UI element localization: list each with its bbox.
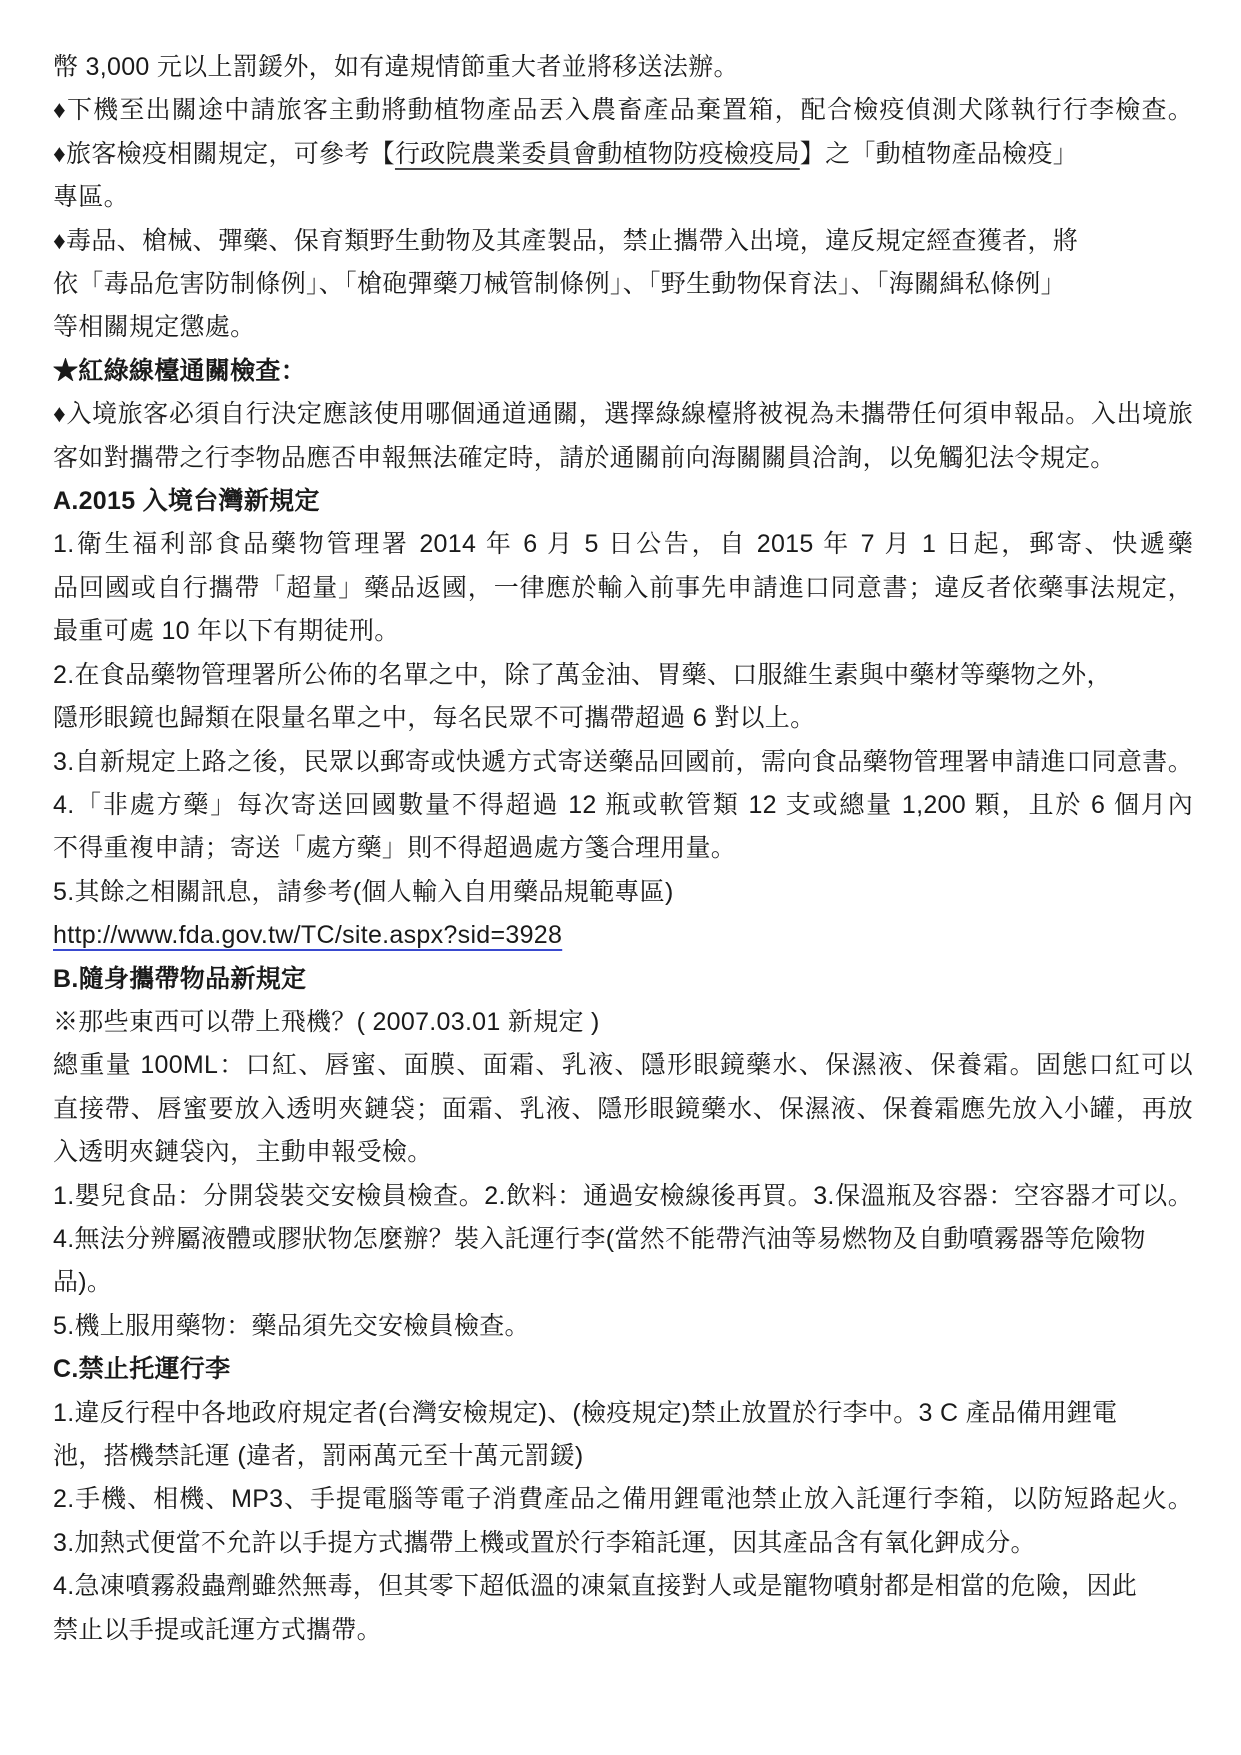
document-line: 5.機上服用藥物：藥品須先交安檢員檢查。 — [53, 1305, 1193, 1348]
document-line: 池，搭機禁託運 (違者，罰兩萬元至十萬元罰鍰) — [53, 1435, 1193, 1478]
section-heading: B.隨身攜帶物品新規定 — [53, 958, 1193, 1001]
section-heading: ★紅綠線檯通關檢查： — [53, 350, 1193, 393]
text-segment: 】之「動植物產品檢疫」 — [800, 140, 1078, 168]
document-line: 隱形眼鏡也歸類在限量名單之中，每名民眾不可攜帶超過 6 對以上。 — [53, 697, 1193, 740]
document-line: ♦入境旅客必須自行決定應該使用哪個通道通關，選擇綠線檯將被視為未攜帶任何須申報品… — [53, 393, 1193, 436]
line-quarantine-reference: ♦旅客檢疫相關規定，可參考【行政院農業委員會動植物防疫檢疫局】之「動植物產品檢疫… — [53, 133, 1193, 176]
document-line: 4.「非處方藥」每次寄送回國數量不得超過 12 瓶或軟管類 12 支或總量 1,… — [53, 784, 1193, 827]
document-line: 入透明夾鏈袋內，主動申報受檢。 — [53, 1131, 1193, 1174]
document-line: 5.其餘之相關訊息，請參考(個人輸入自用藥品規範專區) — [53, 871, 1193, 914]
document-line: http://www.fda.gov.tw/TC/site.aspx?sid=3… — [53, 914, 1193, 957]
document-line: 等相關規定懲處。 — [53, 306, 1193, 349]
document-line: 客如對攜帶之行李物品應否申報無法確定時，請於通關前向海關關員洽詢，以免觸犯法令規… — [53, 437, 1193, 480]
document-line: 2.在食品藥物管理署所公佈的名單之中，除了萬金油、胃藥、口服維生素與中藥材等藥物… — [53, 654, 1193, 697]
document-line: 3.自新規定上路之後，民眾以郵寄或快遞方式寄送藥品回國前，需向食品藥物管理署申請… — [53, 741, 1193, 784]
quarantine-bureau-link[interactable]: 行政院農業委員會動植物防疫檢疫局 — [395, 140, 800, 168]
document-line: 總重量 100ML：口紅、唇蜜、面膜、面霜、乳液、隱形眼鏡藥水、保濕液、保養霜。… — [53, 1044, 1193, 1087]
document-line: ♦毒品、槍械、彈藥、保育類野生動物及其產製品，禁止攜帶入出境，違反規定經查獲者，… — [53, 220, 1193, 263]
document-line: 1.違反行程中各地政府規定者(台灣安檢規定)、(檢疫規定)禁止放置於行李中。3 … — [53, 1392, 1193, 1435]
document-line: 3.加熱式便當不允許以手提方式攜帶上機或置於行李箱託運，因其產品含有氧化鉀成分。 — [53, 1522, 1193, 1565]
document-line: 4.急凍噴霧殺蟲劑雖然無毒，但其零下超低溫的凍氣直接對人或是寵物噴射都是相當的危… — [53, 1565, 1193, 1608]
document-line: 1.嬰兒食品：分開袋裝交安檢員檢查。2.飲料：通過安檢線後再買。3.保溫瓶及容器… — [53, 1175, 1193, 1218]
fda-url-link[interactable]: http://www.fda.gov.tw/TC/site.aspx?sid=3… — [53, 921, 562, 949]
document-line: 不得重複申請；寄送「處方藥」則不得超過處方箋合理用量。 — [53, 827, 1193, 870]
document-line: 禁止以手提或託運方式攜帶。 — [53, 1609, 1193, 1652]
document-line: 最重可處 10 年以下有期徒刑。 — [53, 610, 1193, 653]
text-segment: ♦旅客檢疫相關規定，可參考【 — [53, 140, 395, 168]
document-line: 品回國或自行攜帶「超量」藥品返國，一律應於輸入前事先申請進口同意書；違反者依藥事… — [53, 567, 1193, 610]
document-line: 直接帶、唇蜜要放入透明夾鏈袋；面霜、乳液、隱形眼鏡藥水、保濕液、保養霜應先放入小… — [53, 1088, 1193, 1131]
document-line: ※那些東西可以帶上飛機？( 2007.03.01 新規定 ) — [53, 1001, 1193, 1044]
document-body: 幣 3,000 元以上罰鍰外，如有違規情節重大者並將移送法辦。♦下機至出關途中請… — [0, 0, 1241, 1652]
document-line: 2.手機、相機、MP3、手提電腦等電子消費產品之備用鋰電池禁止放入託運行李箱，以… — [53, 1478, 1193, 1521]
section-heading: C.禁止托運行李 — [53, 1348, 1193, 1391]
document-line: 專區。 — [53, 176, 1193, 219]
document-line: 幣 3,000 元以上罰鍰外，如有違規情節重大者並將移送法辦。 — [53, 46, 1193, 89]
document-line: 4.無法分辨屬液體或膠狀物怎麼辦？裝入託運行李(當然不能帶汽油等易燃物及自動噴霧… — [53, 1218, 1193, 1261]
document-line: 品)。 — [53, 1261, 1193, 1304]
section-heading: A.2015 入境台灣新規定 — [53, 480, 1193, 523]
document-line: 1.衛生福利部食品藥物管理署 2014 年 6 月 5 日公告，自 2015 年… — [53, 523, 1193, 566]
document-line: 依「毒品危害防制條例」、「槍砲彈藥刀械管制條例」、「野生動物保育法」、「海關緝私… — [53, 263, 1193, 306]
document-line: ♦下機至出關途中請旅客主動將動植物產品丟入農畜產品棄置箱，配合檢疫偵測犬隊執行行… — [53, 89, 1193, 132]
